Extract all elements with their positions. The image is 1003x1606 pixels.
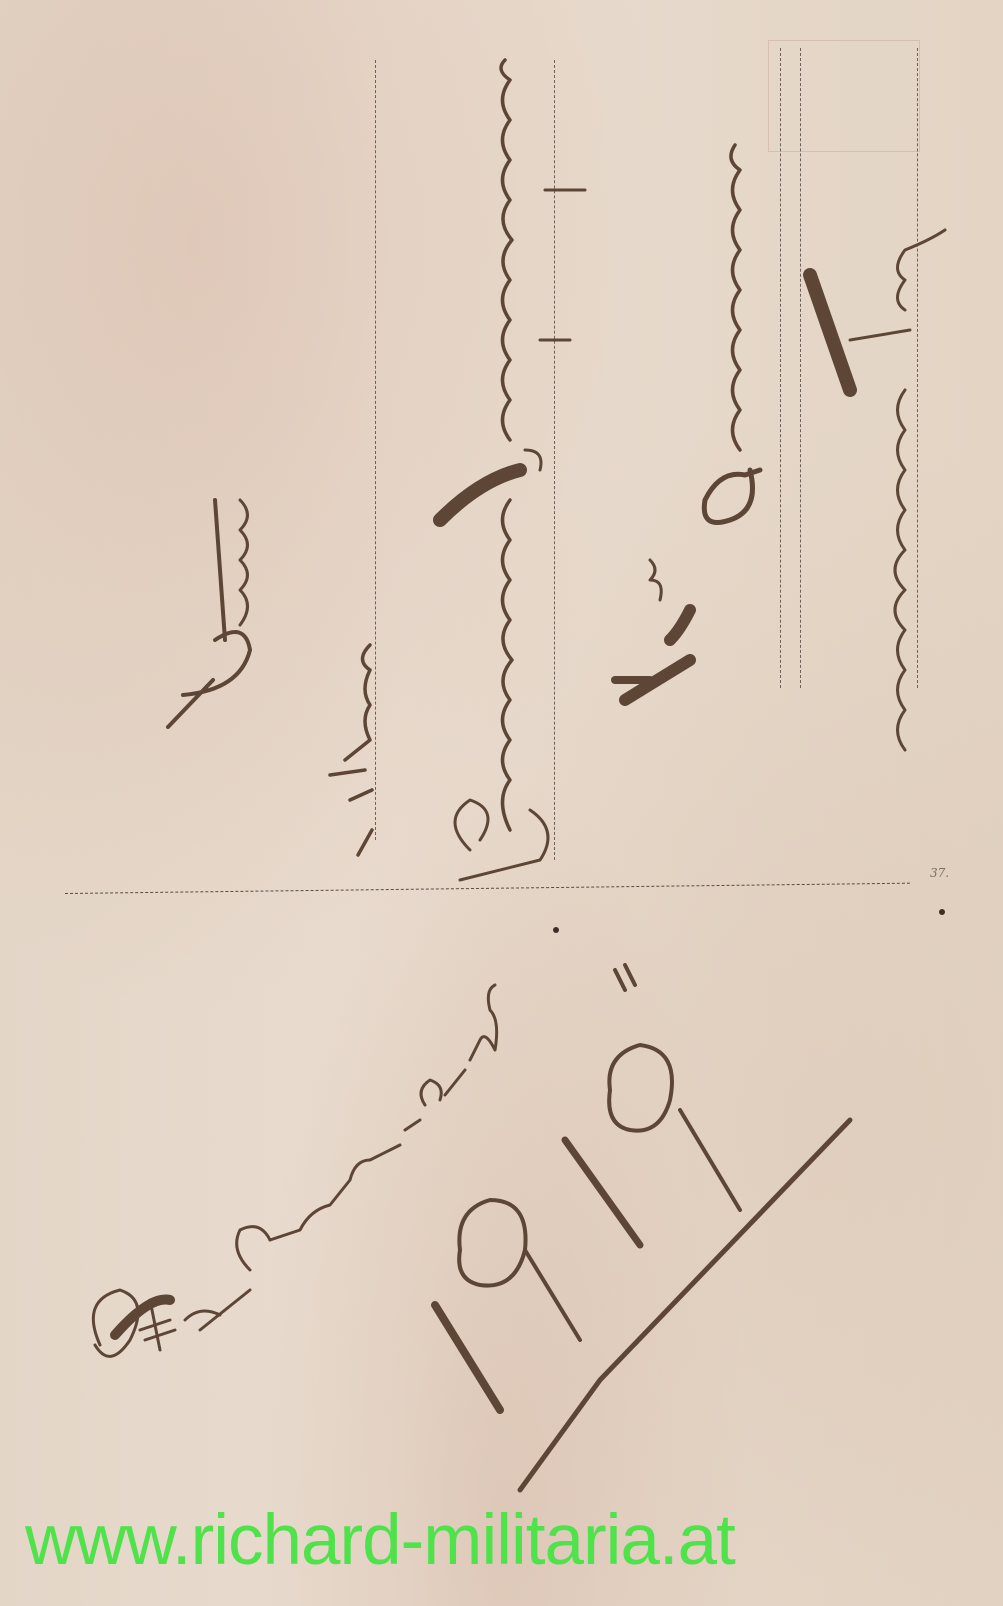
postcard-back: 37. bbox=[0, 0, 1003, 1606]
watermark-url: www.richard-militaria.at bbox=[25, 1505, 985, 1576]
handwriting-strokes bbox=[0, 0, 1003, 1606]
